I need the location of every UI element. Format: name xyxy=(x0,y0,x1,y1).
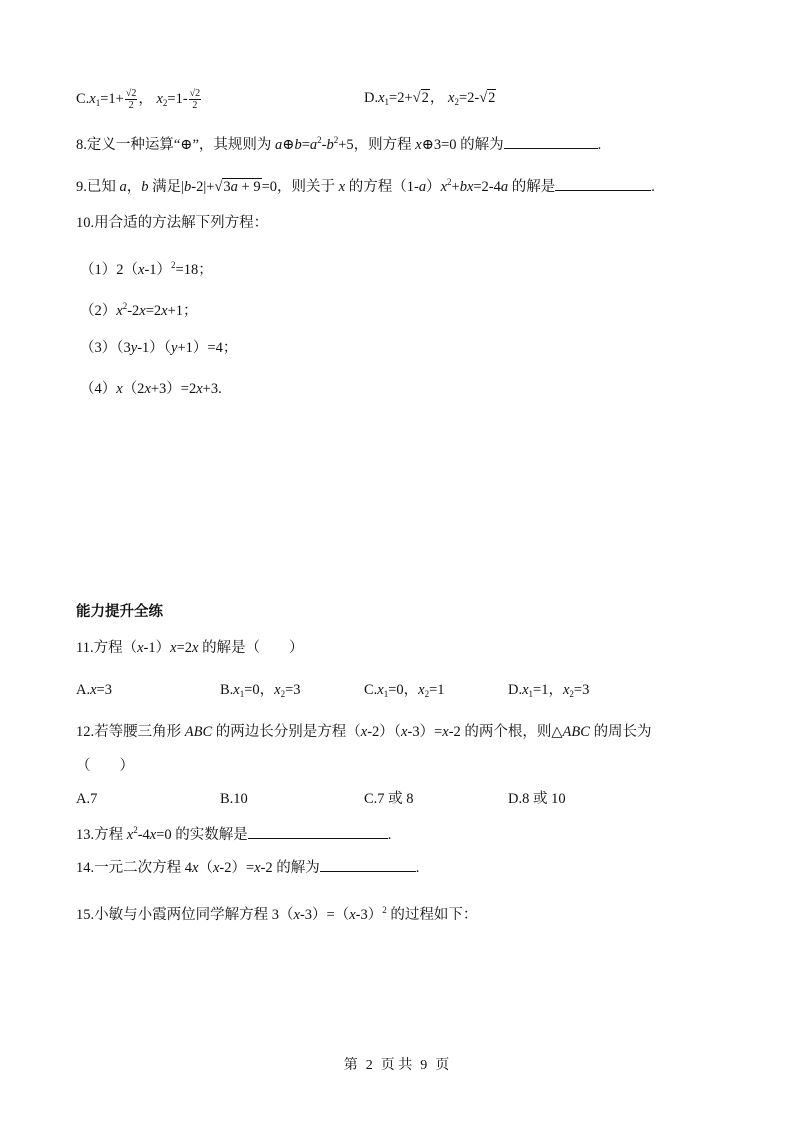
q10-item-2: （2）x2-2x=2x+1； xyxy=(80,296,198,321)
question-12: 12.若等腰三角形 ABC 的两边长分别是方程（x-2）（x-3）=x-2 的两… xyxy=(76,722,652,742)
q10-item-1: （1）2（x-1）2=18； xyxy=(80,255,213,280)
section-heading: 能力提升全练 xyxy=(76,602,163,622)
q12-option-d: D.8 或 10 xyxy=(508,789,566,809)
question-14: 14.一元二次方程 4x（x-2）=x-2 的解为. xyxy=(76,857,419,878)
q11-option-b: B.x1=0，x2=3 xyxy=(220,680,301,704)
answer-blank-8[interactable] xyxy=(504,134,598,149)
question-9: 9.已知 a，b 满足|b-2|+√3a + 9=0，则关于 x 的方程（1-a… xyxy=(76,172,655,197)
q12-option-c: C.7 或 8 xyxy=(364,789,414,809)
question-10-title: 10.用合适的方法解下列方程： xyxy=(76,213,268,233)
q12-answer-paren: （ ） xyxy=(76,756,134,776)
answer-blank-9[interactable] xyxy=(555,176,651,191)
question-15: 15.小敏与小霞两位同学解方程 3（x-3）=（x-3）2 的过程如下： xyxy=(76,900,477,925)
q12-option-b: B.10 xyxy=(220,789,248,809)
q12-option-a: A.7 xyxy=(76,789,97,809)
total-pages: 9 xyxy=(420,1058,427,1073)
answer-blank-13[interactable] xyxy=(248,824,388,839)
q11-option-c: C.x1=0，x2=1 xyxy=(364,680,445,704)
page-footer: 第2页 共9页 xyxy=(0,1054,793,1074)
q11-option-d: D.x1=1，x2=3 xyxy=(508,680,589,704)
q10-item-4: （4）x（2x+3）=2x+3. xyxy=(80,379,222,399)
q10-item-3: （3）（3y-1）（y+1）=4； xyxy=(80,338,237,358)
question-11: 11.方程（x-1）x=2x 的解是（ ） xyxy=(76,638,304,658)
current-page: 2 xyxy=(366,1058,373,1073)
q7-option-d: D.x1=2+√2， x2=2-√2 xyxy=(364,88,496,112)
q11-option-a: A.x=3 xyxy=(76,680,112,700)
answer-blank-14[interactable] xyxy=(320,857,416,872)
question-13: 13.方程 x2-4x=0 的实数解是. xyxy=(76,820,391,845)
q7-option-c: C.x1=1+√22， x2=1-√22 xyxy=(76,88,202,113)
question-8: 8.定义一种运算“⊕”，其规则为 a⊕b=a2-b2+5，则方程 x⊕3=0 的… xyxy=(76,130,601,155)
